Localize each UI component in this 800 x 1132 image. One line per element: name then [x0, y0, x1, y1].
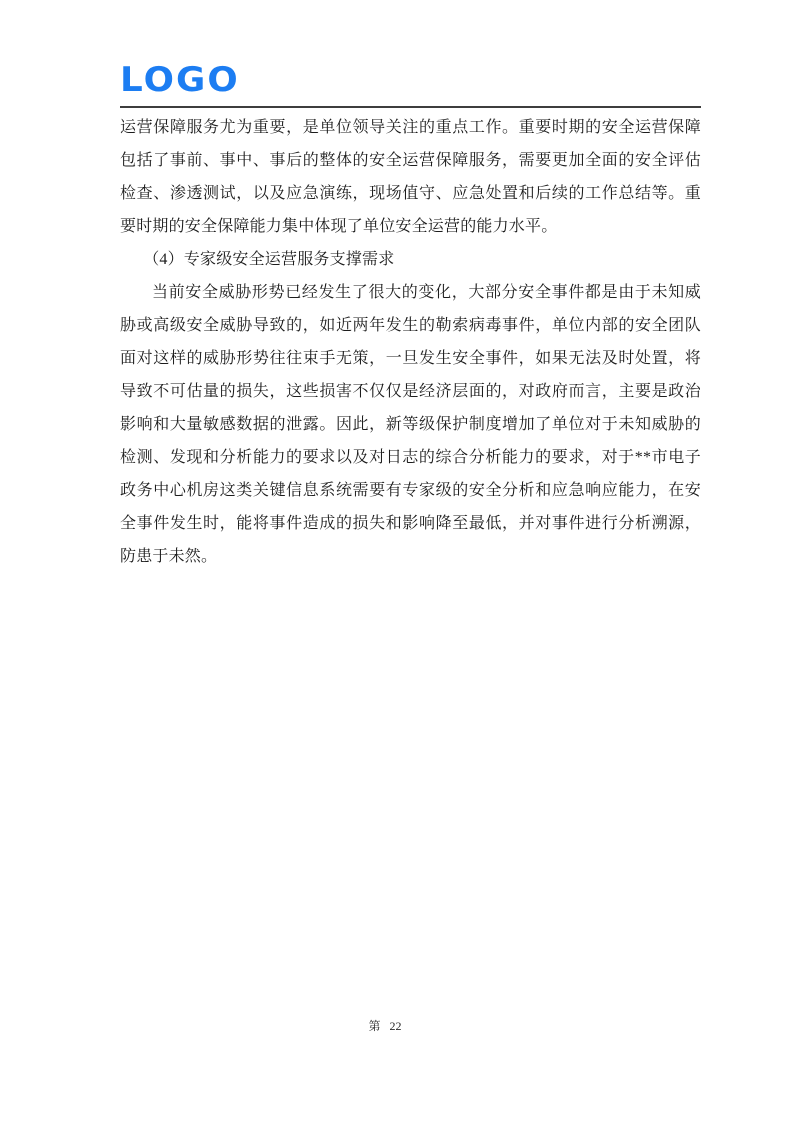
- page-header: LOGO: [120, 60, 701, 108]
- header-divider: [120, 106, 701, 108]
- body-paragraph: 运营保障服务尤为重要，是单位领导关注的重点工作。重要时期的安全运营保障包括了事前…: [120, 111, 701, 243]
- document-body: 运营保障服务尤为重要，是单位领导关注的重点工作。重要时期的安全运营保障包括了事前…: [120, 111, 701, 573]
- page-footer: 第22: [0, 1017, 770, 1035]
- document-page: LOGO 运营保障服务尤为重要，是单位领导关注的重点工作。重要时期的安全运营保障…: [0, 0, 800, 1132]
- company-logo: LOGO: [120, 60, 240, 100]
- footer-page-number: 22: [390, 1019, 402, 1033]
- section-heading: （4）专家级安全运营服务支撑需求: [120, 243, 701, 276]
- footer-page-label: 第: [368, 1019, 380, 1033]
- body-paragraph: 当前安全威胁形势已经发生了很大的变化，大部分安全事件都是由于未知威胁或高级安全威…: [120, 276, 701, 573]
